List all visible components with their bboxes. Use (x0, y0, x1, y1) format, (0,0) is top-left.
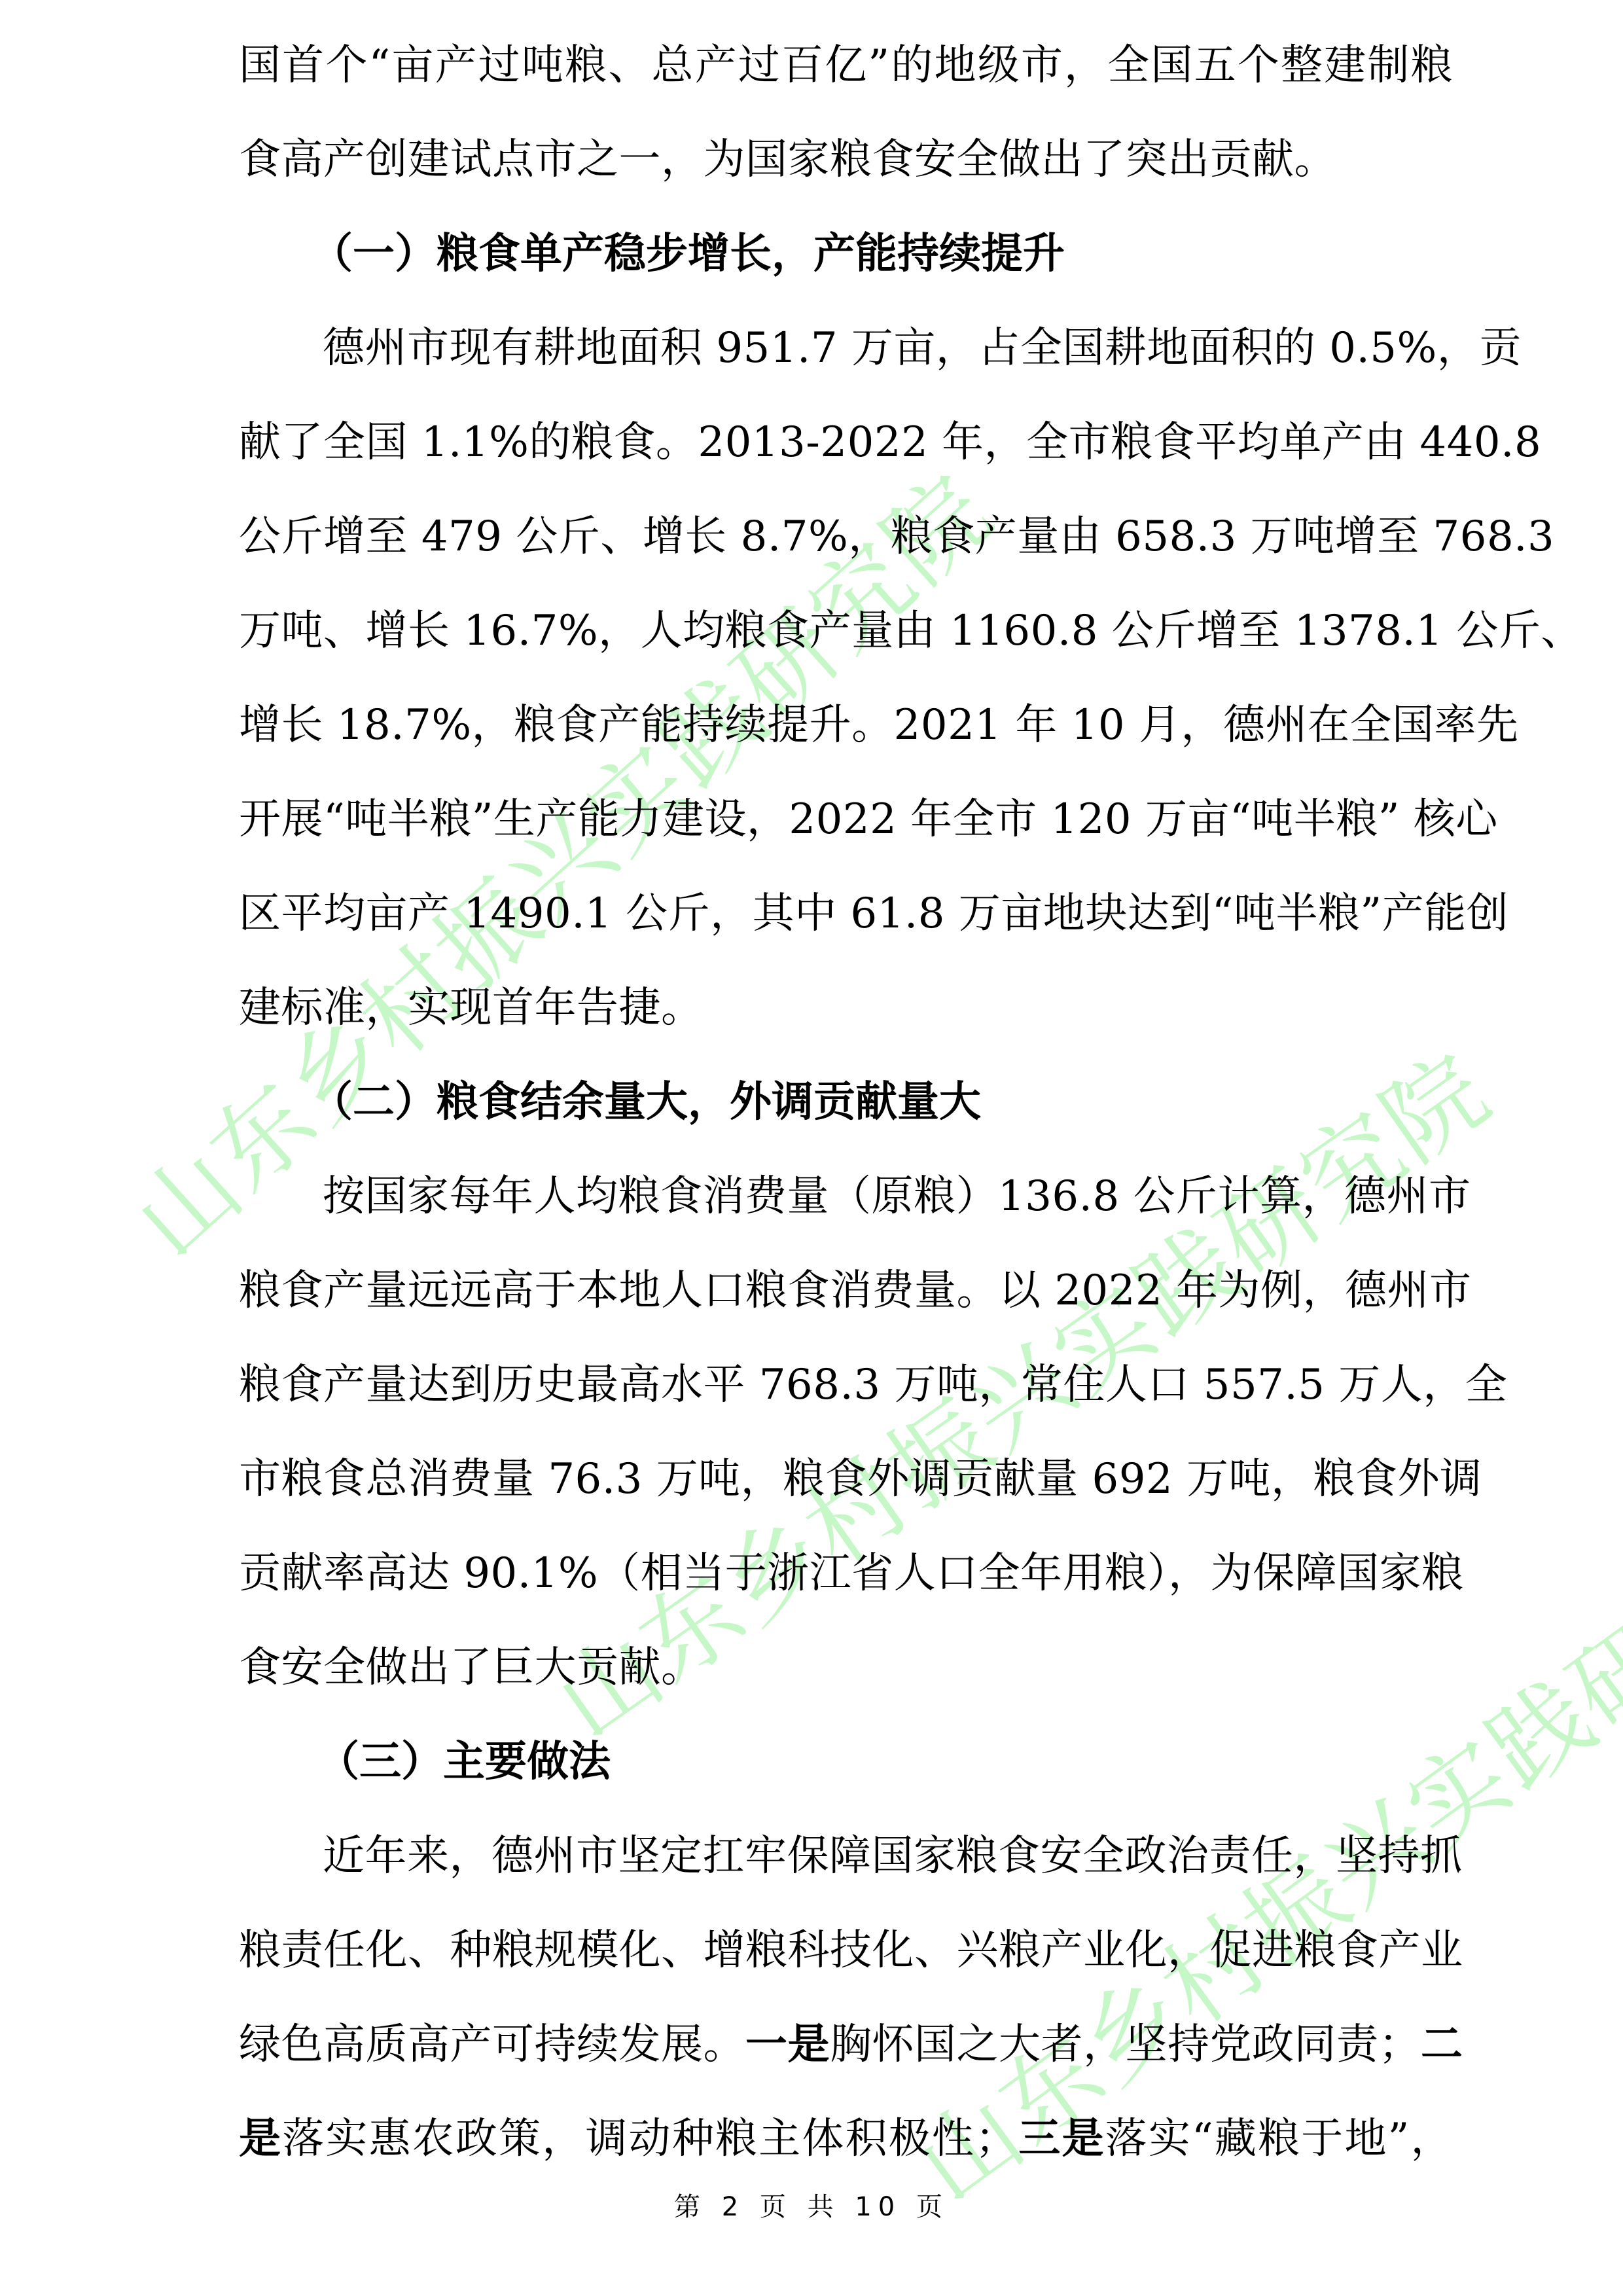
body-line: 食高产创建试点市之一，为国家粮食安全做出了突出贡献。 (239, 127, 1453, 221)
section-heading-2: （二）粮食结余量大，外调贡献量大 (239, 1069, 1453, 1164)
body-line: 区平均亩产 1490.1 公斤，其中 61.8 万亩地块达到“吨半粮”产能创 (239, 881, 1453, 975)
emphasis-second-point: 二 (1421, 2020, 1463, 2069)
body-line: 国首个“亩产过吨粮、总产过百亿”的地级市，全国五个整建制粮 (239, 33, 1453, 127)
body-line: 粮责任化、种粮规模化、增粮科技化、兴粮产业化，促进粮食产业 (239, 1918, 1453, 2012)
document-body: 国首个“亩产过吨粮、总产过百亿”的地级市，全国五个整建制粮 食高产创建试点市之一… (239, 33, 1453, 2200)
body-line: 粮食产量达到历史最高水平 768.3 万吨，常住人口 557.5 万人，全 (239, 1352, 1453, 1446)
emphasis-second-point: 是 (239, 2114, 282, 2163)
body-text-segment: 落实惠农政策，调动种粮主体积极性； (282, 2115, 1017, 2163)
body-line: 食安全做出了巨大贡献。 (239, 1635, 1453, 1729)
body-line: 建标准，实现首年告捷。 (239, 975, 1453, 1069)
body-line: 粮食产量远远高于本地人口粮食消费量。以 2022 年为例，德州市 (239, 1258, 1453, 1352)
section-heading-3: （三）主要做法 (239, 1729, 1453, 1823)
emphasis-first-point: 一是 (745, 2020, 830, 2069)
emphasis-third-point: 三是 (1018, 2114, 1105, 2163)
body-line: 献了全国 1.1%的粮食。2013-2022 年，全市粮食平均单产由 440.8 (239, 410, 1453, 504)
body-line: 市粮食总消费量 76.3 万吨，粮食外调贡献量 692 万吨，粮食外调 (239, 1446, 1453, 1541)
body-line: 公斤增至 479 公斤、增长 8.7%，粮食产量由 658.3 万吨增至 768… (239, 504, 1453, 598)
body-line: 按国家每年人均粮食消费量（原粮）136.8 公斤计算，德州市 (239, 1164, 1453, 1258)
body-line-with-emphasis: 绿色高质高产可持续发展。一是胸怀国之大者，坚持党政同责；二 (239, 2012, 1453, 2106)
page-number-footer: 第 2 页 共 10 页 (0, 2186, 1623, 2223)
body-line: 德州市现有耕地面积 951.7 万亩，占全国耕地面积的 0.5%，贡 (239, 315, 1453, 410)
body-line: 开展“吨半粮”生产能力建设，2022 年全市 120 万亩“吨半粮” 核心 (239, 787, 1453, 881)
section-heading-1: （一）粮食单产稳步增长，产能持续提升 (239, 221, 1453, 315)
body-line: 万吨、增长 16.7%，人均粮食产量由 1160.8 公斤增至 1378.1 公… (239, 598, 1453, 692)
body-line: 近年来，德州市坚定扛牢保障国家粮食安全政治责任，坚持抓 (239, 1823, 1453, 1918)
body-text-segment: 胸怀国之大者，坚持党政同责； (830, 2020, 1421, 2069)
document-page: 山东乡村振兴实践研究院 山东乡村振兴实践研究院 山东乡村振兴实践研究院 国首个“… (0, 0, 1623, 2296)
body-line: 增长 18.7%，粮食产能持续提升。2021 年 10 月，德州在全国率先 (239, 692, 1453, 787)
body-text-segment: 绿色高质高产可持续发展。 (239, 2020, 745, 2069)
body-text-segment: 落实“藏粮于地”， (1105, 2115, 1453, 2163)
body-line: 贡献率高达 90.1%（相当于浙江省人口全年用粮），为保障国家粮 (239, 1541, 1453, 1635)
